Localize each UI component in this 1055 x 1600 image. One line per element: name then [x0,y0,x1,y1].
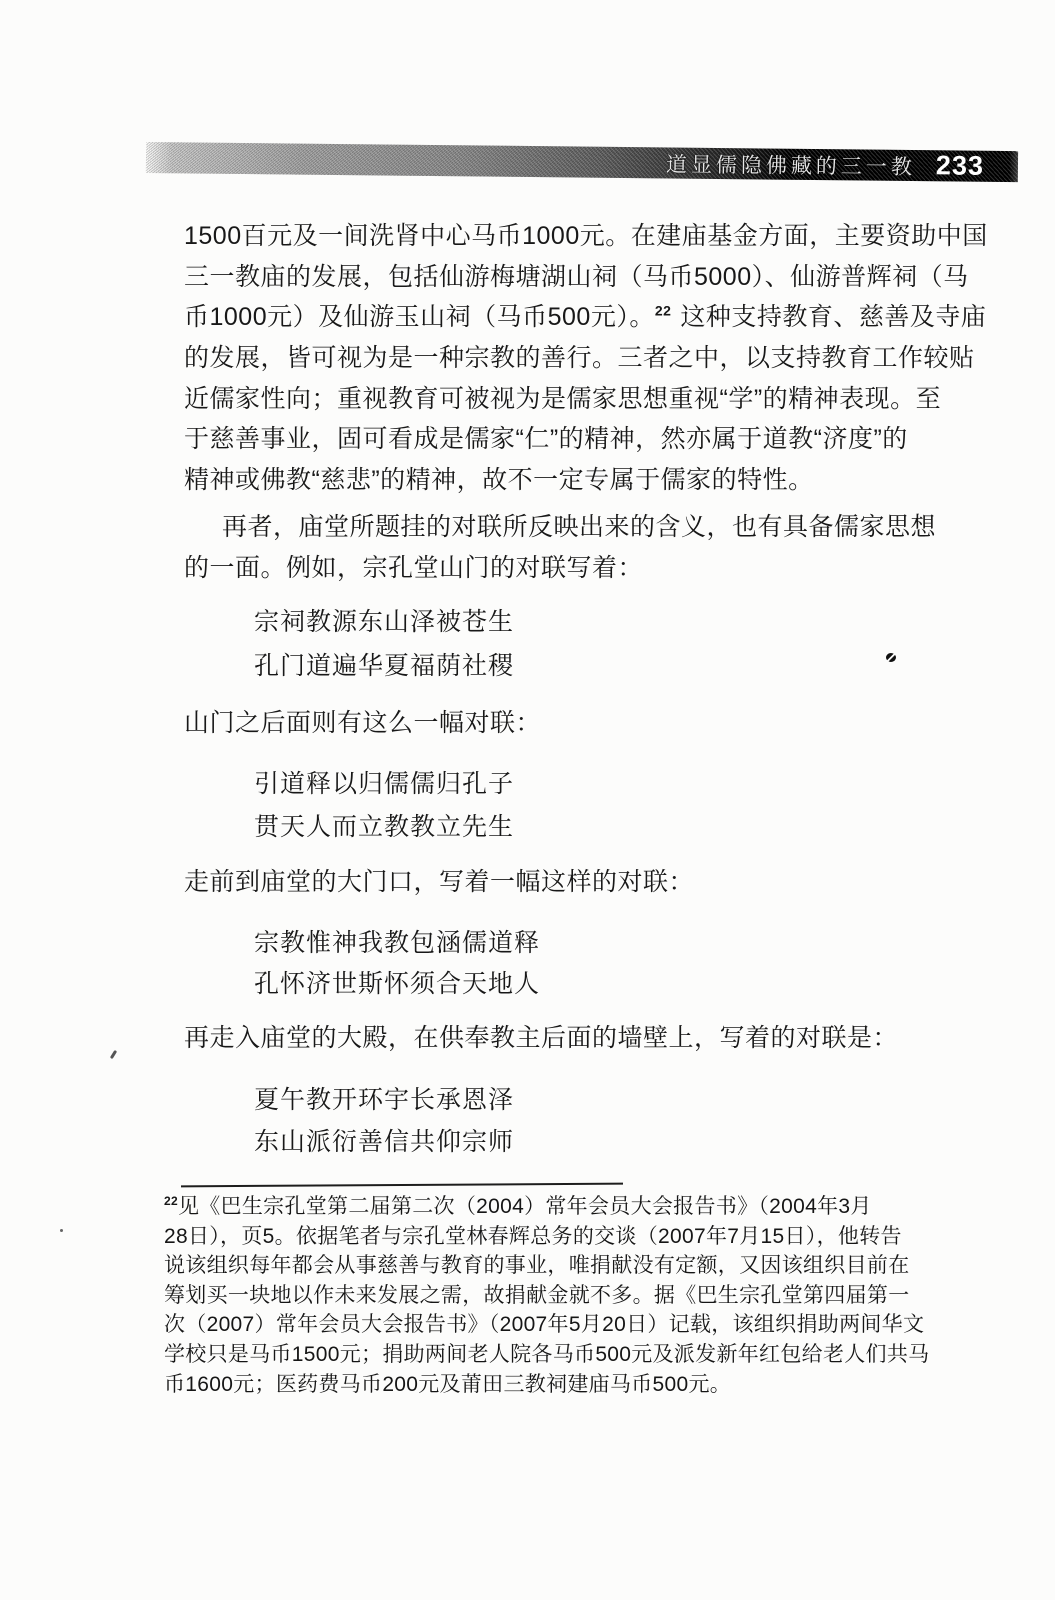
body-line: 的一面。例如，宗孔堂山门的对联写着： [184,548,924,589]
footnote-line-text: 见《巴生宗孔堂第二届第二次（2004）常年会员大会报告书》（2004年3月 [178,1195,872,1218]
couplet-line: 孔门道遍华夏福荫社稷 [254,644,514,688]
couplet-line: 引道释以归儒儒归孔子 [254,763,514,806]
scan-speck [110,1050,117,1059]
body-line-segment: 这种支持教育、慈善及寺庙 [680,303,986,331]
scan-speck [886,653,896,662]
footnote-ref-marker: 22 [655,303,672,319]
body-line: 精神或佛教“慈悲”的精神，故不一定专属于儒家的特性。 [184,460,924,501]
couplet-main-gate: 宗教惟神我教包涵儒道释 孔怀济世斯怀须合天地人 [254,923,540,1005]
scanned-book-page: 道显儒隐佛藏的三一教 233 1500百元及一间洗肾中心马币1000元。在建庙基… [0,0,1055,1600]
scan-speck [60,1229,63,1232]
footnote-line: 币1600元；医药费马币200元及莆田三教祠建庙马币500元。 [164,1370,936,1400]
body-line-with-footnote-ref: 币1000元）及仙游玉山祠（马币500元）。22这种支持教育、慈善及寺庙 [184,297,924,338]
body-line-segment: 币1000元）及仙游玉山祠（马币500元）。 [184,303,655,331]
footnote-divider [181,1183,623,1188]
connector-text: 走前到庙堂的大门口，写着一幅这样的对联： [184,862,694,898]
page-number: 233 [936,150,984,182]
body-line: 再者，庙堂所题挂的对联所反映出来的含义，也有具备儒家思想 [184,507,924,548]
footnote-marker: 22 [164,1194,178,1208]
footnote-line: 28日），页5。依据笔者与宗孔堂林春辉总务的交谈（2007年7月15日），他转告 [164,1222,936,1252]
body-line: 三一教庙的发展，包括仙游梅塘湖山祠（马币5000）、仙游普辉祠（马 [184,257,924,298]
couplet-line: 夏午教开环宇长承恩泽 [254,1079,514,1121]
footnote-line: 次（2007）常年会员大会报告书》（2007年5月20日）记载，该组织捐助两间华… [164,1310,936,1340]
footnote-line: 22见《巴生宗孔堂第二届第二次（2004）常年会员大会报告书》（2004年3月 [164,1192,936,1222]
couplet-line: 东山派衍善信共仰宗师 [254,1121,514,1163]
footnote-line: 学校只是马币1500元；捐助两间老人院各马币500元及派发新年红包给老人们共马 [164,1340,936,1370]
couplet-main-hall: 夏午教开环宇长承恩泽 东山派衍善信共仰宗师 [254,1079,514,1163]
paragraph-1: 1500百元及一间洗肾中心马币1000元。在建庙基金方面，主要资助中国 三一教庙… [184,216,924,501]
body-line: 的发展，皆可视为是一种宗教的善行。三者之中，以支持教育工作较贴 [184,338,924,379]
paragraph-2: 再者，庙堂所题挂的对联所反映出来的含义，也有具备儒家思想 的一面。例如，宗孔堂山… [184,507,924,588]
footnote-line: 筹划买一块地以作未来发展之需，故捐献金就不多。据《巴生宗孔堂第四届第一 [164,1281,936,1311]
couplet-shanmen: 宗祠教源东山泽被苍生 孔门道遍华夏福荫社稷 [254,600,514,688]
couplet-line: 贯天人而立教教立先生 [254,806,514,849]
chapter-title: 道显儒隐佛藏的三一教 [666,148,916,181]
couplet-line: 孔怀济世斯怀须合天地人 [254,964,540,1005]
running-head-bar: 道显儒隐佛藏的三一教 233 [146,142,1018,182]
connector-text: 再走入庙堂的大殿，在供奉教主后面的墙壁上，写着的对联是： [184,1018,898,1054]
couplet-line: 宗教惟神我教包涵儒道释 [254,923,540,964]
couplet-behind-shanmen: 引道释以归儒儒归孔子 贯天人而立教教立先生 [254,763,514,849]
body-line: 近儒家性向；重视教育可被视为是儒家思想重视“学”的精神表现。至 [184,379,924,420]
couplet-line: 宗祠教源东山泽被苍生 [254,600,514,644]
footnote-22: 22见《巴生宗孔堂第二届第二次（2004）常年会员大会报告书》（2004年3月 … [164,1192,936,1399]
footnote-line: 说该组织每年都会从事慈善与教育的事业，唯捐献没有定额，又因该组织目前在 [164,1251,936,1281]
body-line: 1500百元及一间洗肾中心马币1000元。在建庙基金方面，主要资助中国 [184,216,924,257]
body-line: 于慈善事业，固可看成是儒家“仁”的精神，然亦属于道教“济度”的 [184,419,924,460]
connector-text: 山门之后面则有这么一幅对联： [184,703,541,739]
